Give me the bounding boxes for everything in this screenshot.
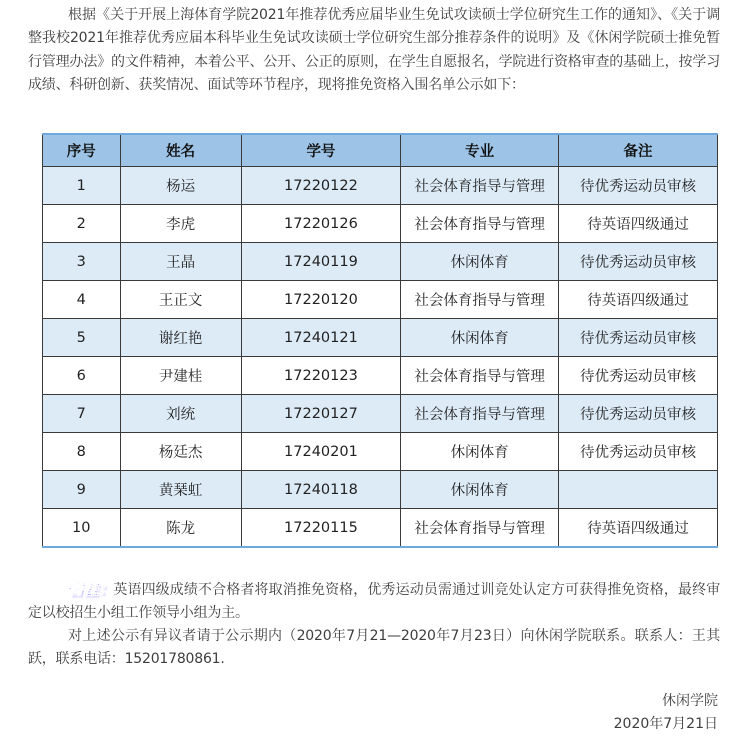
cell-no: 5 (43, 319, 121, 357)
cell-name: 刘统 (120, 395, 241, 433)
cell-name: 黄琹虹 (120, 471, 241, 509)
signature-org: 休闲学院 (662, 690, 718, 710)
cell-no: 8 (43, 433, 121, 471)
cell-name: 李虎 (120, 205, 241, 243)
cell-major: 社会体育指导与管理 (401, 281, 559, 319)
cell-no: 7 (43, 395, 121, 433)
table-row: 8 杨廷杰 17240201 休闲体育 待优秀运动员审核 (43, 433, 718, 471)
table-row: 4 王正文 17220120 社会体育指导与管理 待英语四级通过 (43, 281, 718, 319)
table-row: 9 黄琹虹 17240118 休闲体育 (43, 471, 718, 509)
cell-major: 社会体育指导与管理 (401, 357, 559, 395)
cell-name: 尹建桂 (120, 357, 241, 395)
note-label: 备注： (68, 578, 113, 601)
cell-remark: 待优秀运动员审核 (559, 243, 718, 281)
candidate-table: 序号 姓名 学号 专业 备注 1 杨运 17220122 社会体育指导与管理 待… (42, 133, 718, 548)
table-row: 10 陈龙 17220115 社会体育指导与管理 待英语四级通过 (43, 509, 718, 548)
cell-student-id: 17220126 (241, 205, 400, 243)
cell-major: 休闲体育 (401, 319, 559, 357)
table-row: 5 谢红艳 17240121 休闲体育 待优秀运动员审核 (43, 319, 718, 357)
cell-major: 休闲体育 (401, 471, 559, 509)
cell-remark: 待优秀运动员审核 (559, 395, 718, 433)
cell-no: 9 (43, 471, 121, 509)
cell-no: 3 (43, 243, 121, 281)
table-row: 1 杨运 17220122 社会体育指导与管理 待优秀运动员审核 (43, 167, 718, 205)
table-row: 6 尹建桂 17220123 社会体育指导与管理 待优秀运动员审核 (43, 357, 718, 395)
cell-remark: 待英语四级通过 (559, 509, 718, 548)
cell-major: 休闲体育 (401, 433, 559, 471)
header-name: 姓名 (120, 134, 241, 167)
cell-major: 社会体育指导与管理 (401, 205, 559, 243)
cell-remark: 待优秀运动员审核 (559, 319, 718, 357)
cell-remark: 待英语四级通过 (559, 205, 718, 243)
cell-no: 6 (43, 357, 121, 395)
cell-major: 社会体育指导与管理 (401, 167, 559, 205)
cell-remark: 待优秀运动员审核 (559, 357, 718, 395)
cell-remark: 待英语四级通过 (559, 281, 718, 319)
header-student-id: 学号 (241, 134, 400, 167)
header-no: 序号 (43, 134, 121, 167)
cell-student-id: 17220122 (241, 167, 400, 205)
cell-student-id: 17240119 (241, 243, 400, 281)
cell-student-id: 17220127 (241, 395, 400, 433)
table-row: 7 刘统 17220127 社会体育指导与管理 待优秀运动员审核 (43, 395, 718, 433)
cell-student-id: 17220115 (241, 509, 400, 548)
intro-paragraph: 根据《关于开展上海体育学院2021年推荐优秀应届毕业生免试攻读硕士学位研究生工作… (28, 4, 720, 98)
cell-student-id: 17240118 (241, 471, 400, 509)
cell-name: 王晶 (120, 243, 241, 281)
header-major: 专业 (401, 134, 559, 167)
table-header-row: 序号 姓名 学号 专业 备注 (43, 134, 718, 167)
cell-name: 谢红艳 (120, 319, 241, 357)
table-row: 3 王晶 17240119 休闲体育 待优秀运动员审核 (43, 243, 718, 281)
cell-name: 杨运 (120, 167, 241, 205)
note-paragraph: 备注：英语四级成绩不合格者将取消推免资格，优秀运动员需通过训竞处认定方可获得推免… (28, 578, 720, 626)
header-remark: 备注 (559, 134, 718, 167)
cell-no: 2 (43, 205, 121, 243)
cell-no: 1 (43, 167, 121, 205)
cell-name: 杨廷杰 (120, 433, 241, 471)
cell-remark: 待优秀运动员审核 (559, 167, 718, 205)
cell-remark: 待优秀运动员审核 (559, 433, 718, 471)
cell-student-id: 17220120 (241, 281, 400, 319)
cell-no: 10 (43, 509, 121, 548)
cell-no: 4 (43, 281, 121, 319)
cell-major: 社会体育指导与管理 (401, 395, 559, 433)
cell-student-id: 17240121 (241, 319, 400, 357)
table-row: 2 李虎 17220126 社会体育指导与管理 待英语四级通过 (43, 205, 718, 243)
objection-paragraph: 对上述公示有异议者请于公示期内（2020年7月21—2020年7月23日）向休闲… (28, 625, 720, 672)
signature-date: 2020年7月21日 (614, 713, 718, 733)
cell-remark (559, 471, 718, 509)
cell-student-id: 17220123 (241, 357, 400, 395)
cell-name: 王正文 (120, 281, 241, 319)
cell-student-id: 17240201 (241, 433, 400, 471)
cell-name: 陈龙 (120, 509, 241, 548)
cell-major: 社会体育指导与管理 (401, 509, 559, 548)
cell-major: 休闲体育 (401, 243, 559, 281)
note-text: 英语四级成绩不合格者将取消推免资格，优秀运动员需通过训竞处认定方可获得推免资格，… (28, 582, 720, 621)
